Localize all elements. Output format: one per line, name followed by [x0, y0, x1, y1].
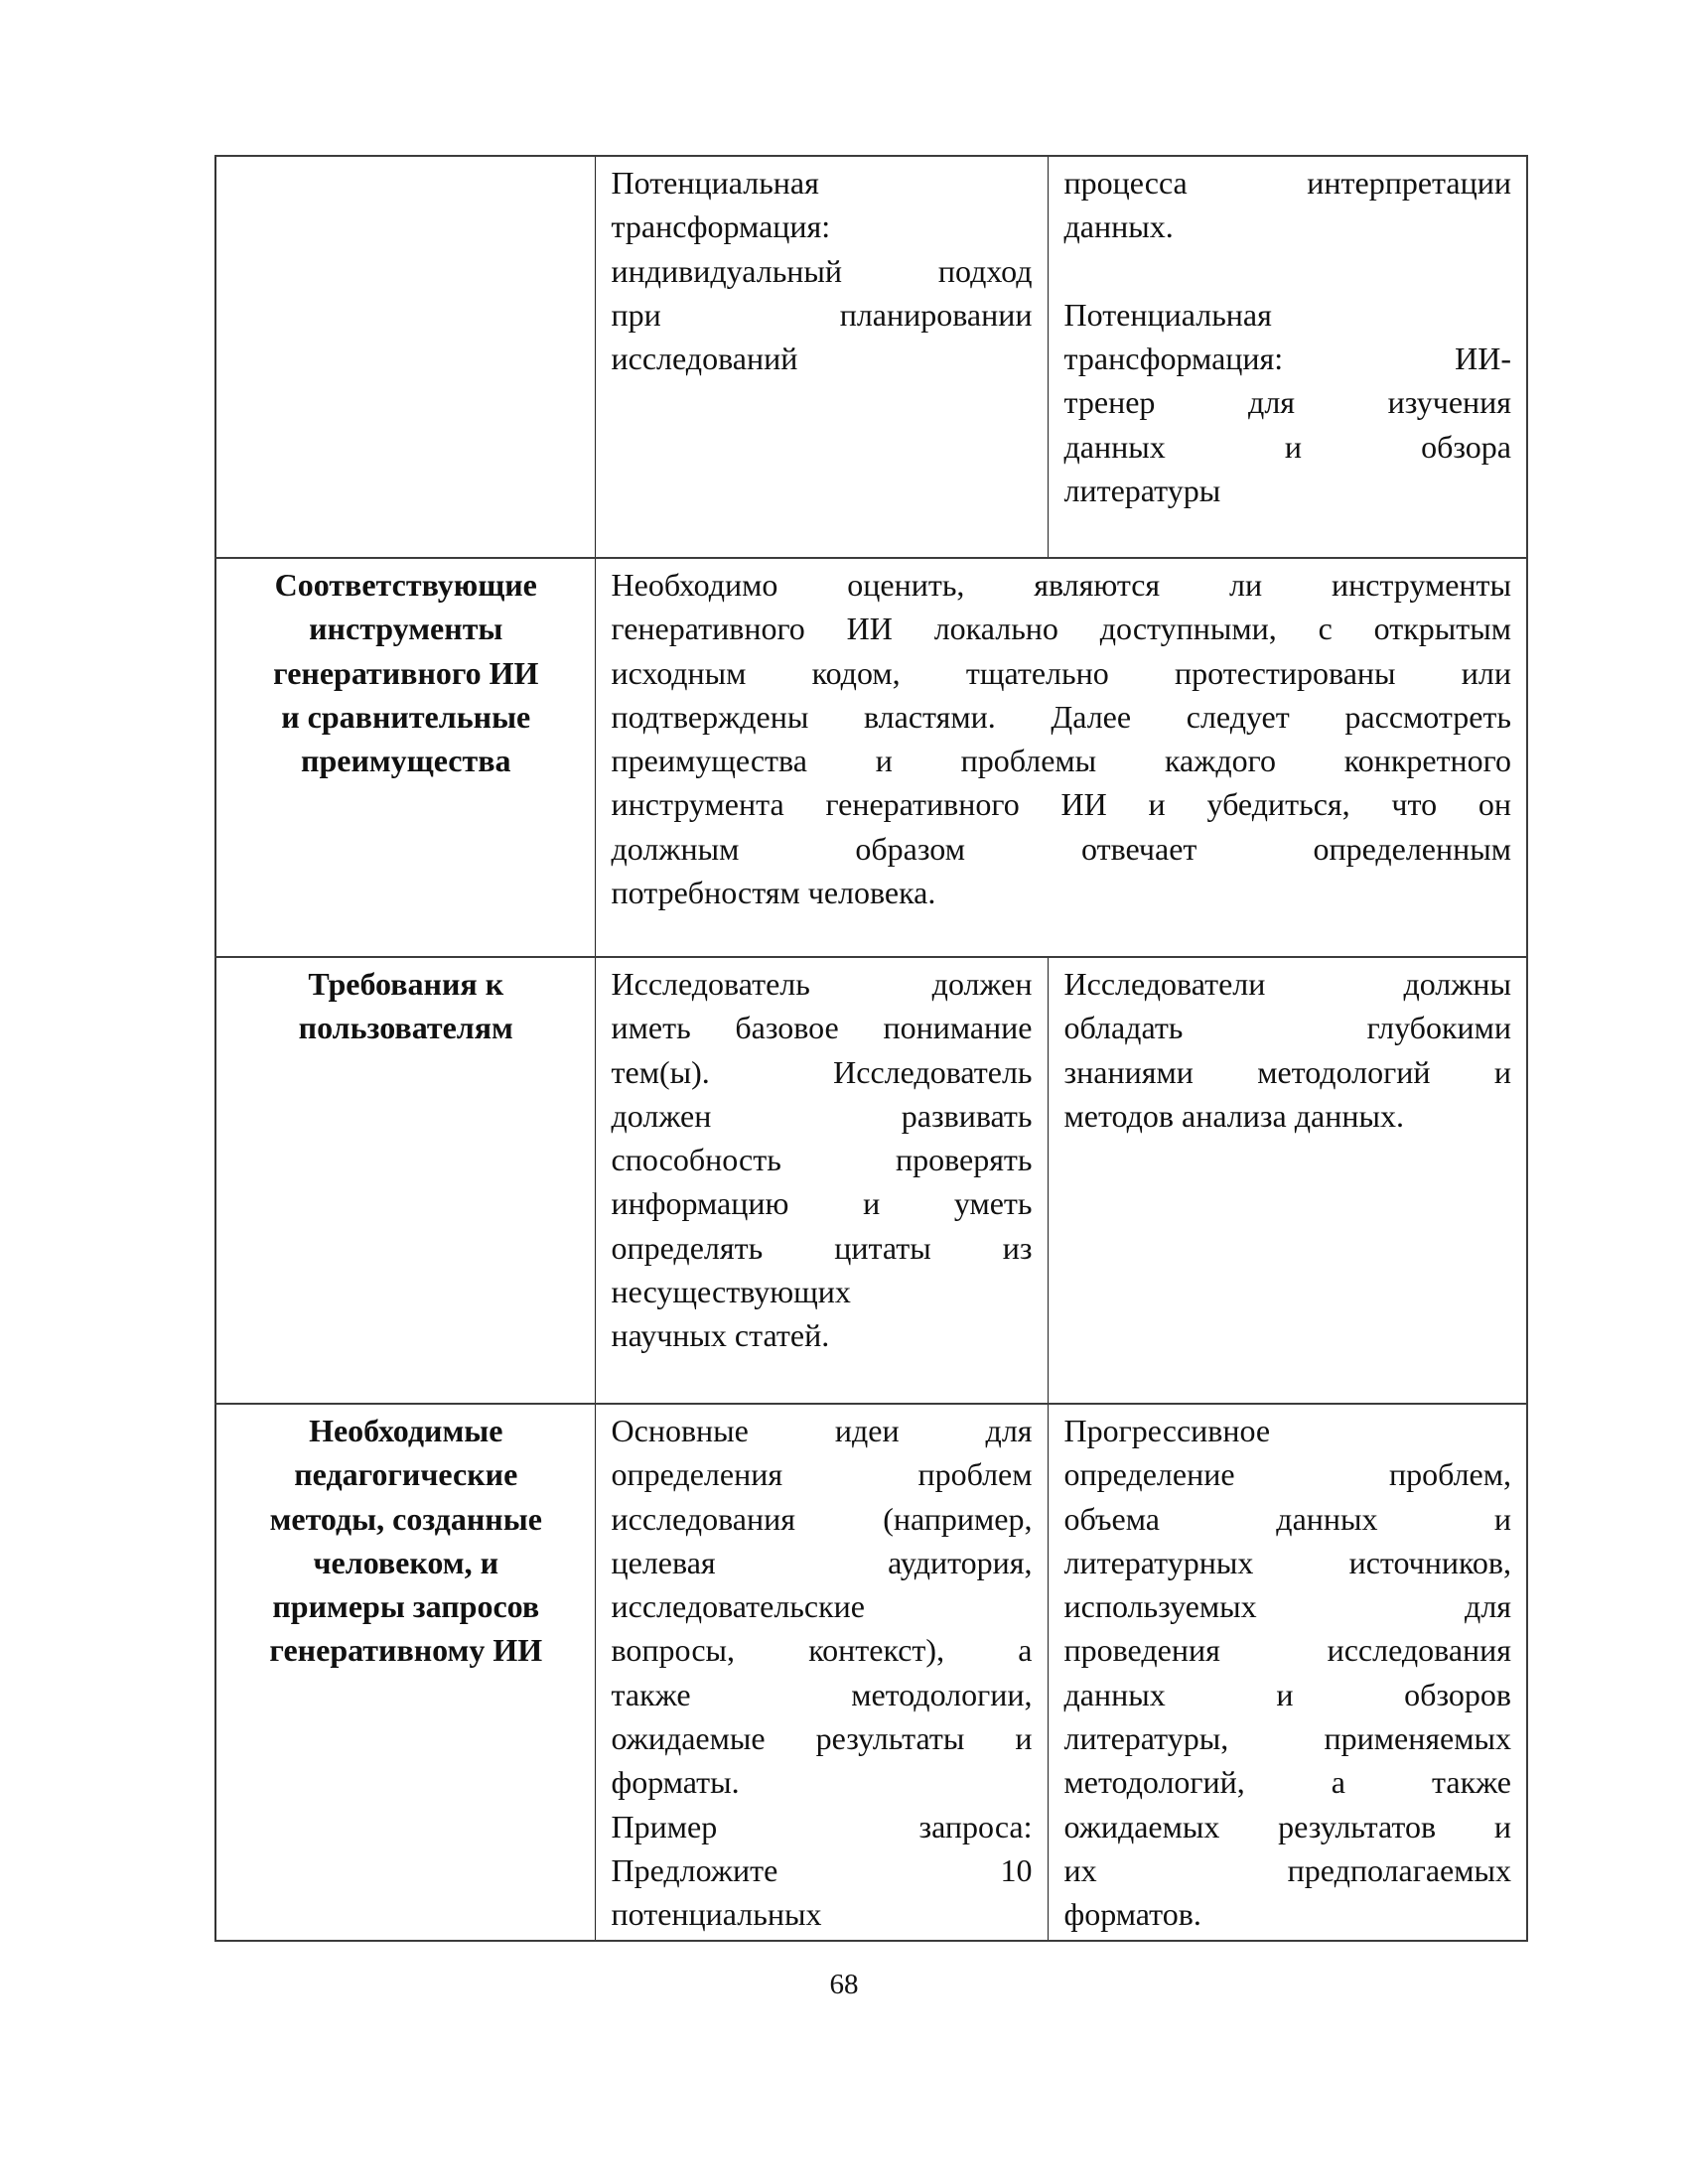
cell-text-line: генеративного ИИ локально доступными, с … [612, 607, 1512, 650]
cell-text-line: способность проверять [612, 1138, 1033, 1181]
row-header-text-line: пользователям [232, 1006, 580, 1049]
cell-text-line: ожидаемые результаты и [612, 1716, 1033, 1760]
row-header-text-line: и сравнительные [232, 695, 580, 739]
cell-text-line: должен развивать [612, 1094, 1033, 1138]
page-number: 68 [0, 1968, 1688, 2001]
cell-text-line: Исследователи должны [1064, 962, 1512, 1006]
cell-text-line: ожидаемых результатов и [1064, 1805, 1512, 1848]
cell-text-line: должным образом отвечает определенным [612, 827, 1512, 871]
cell-text-line: объема данных и [1064, 1497, 1512, 1541]
cell-text-line: Основные идеи для [612, 1409, 1033, 1452]
cell-text-line: Пример запроса: [612, 1805, 1033, 1848]
cell-text-line: тренер для изучения [1064, 380, 1512, 424]
content-table: Потенциальнаятрансформация:индивидуальны… [214, 155, 1528, 1942]
cell-text-line: определение проблем, [1064, 1452, 1512, 1496]
cell-text-line: исследовательские [612, 1584, 1033, 1628]
row-header-text-line: Соответствующие [232, 563, 580, 607]
cell-text-line [1064, 249, 1512, 293]
cell-text-line: данных и обзора [1064, 425, 1512, 469]
cell-text-line: Предложите 10 [612, 1848, 1033, 1892]
table-cell: Потенциальнаятрансформация:индивидуальны… [595, 156, 1048, 558]
cell-text-line: исследования (например, [612, 1497, 1033, 1541]
cell-text-line: Потенциальная [612, 161, 1033, 205]
table-cell: Основные идеи дляопределения проблемиссл… [595, 1404, 1048, 1941]
table-row-row-tools-advantages: Соответствующиеинструментыгенеративного … [215, 558, 1527, 957]
cell-text-line: индивидуальный подход [612, 249, 1033, 293]
cell-text-line: подтверждены властями. Далее следует рас… [612, 695, 1512, 739]
row-header-cell: Необходимыепедагогическиеметоды, созданн… [215, 1404, 595, 1941]
cell-text-line: иметь базовое понимание [612, 1006, 1033, 1049]
cell-text-line: при планировании [612, 293, 1033, 337]
row-header-text-line: методы, созданные [232, 1497, 580, 1541]
cell-text-line: литературы, применяемых [1064, 1716, 1512, 1760]
row-header-text-line: генеративному ИИ [232, 1628, 580, 1672]
cell-text-line: преимущества и проблемы каждого конкретн… [612, 739, 1512, 782]
table-cell: Исследователи должныобладать глубокимизн… [1048, 957, 1527, 1404]
row-header-cell: Соответствующиеинструментыгенеративного … [215, 558, 595, 957]
table-row-row-user-requirements: Требования кпользователямИсследователь д… [215, 957, 1527, 1404]
row-header-text-line: человеком, и [232, 1541, 580, 1584]
cell-text-line: потенциальных [612, 1892, 1033, 1936]
cell-text-line: процесса интерпретации [1064, 161, 1512, 205]
table-cell: процесса интерпретацииданных. Потенциаль… [1048, 156, 1527, 558]
cell-text-line: обладать глубокими [1064, 1006, 1512, 1049]
table-cell: Необходимо оценить, являются ли инструме… [595, 558, 1527, 957]
row-header-text-line: Требования к [232, 962, 580, 1006]
row-header-text-line: примеры запросов [232, 1584, 580, 1628]
cell-text-line: инструмента генеративного ИИ и убедиться… [612, 782, 1512, 826]
row-header-cell [215, 156, 595, 558]
cell-text-line: данных. [1064, 205, 1512, 248]
table-row-row-continuation: Потенциальнаятрансформация:индивидуальны… [215, 156, 1527, 558]
cell-text-line: методологий, а также [1064, 1760, 1512, 1804]
table-cell: Прогрессивноеопределение проблем,объема … [1048, 1404, 1527, 1941]
cell-text-line: их предполагаемых [1064, 1848, 1512, 1892]
row-header-text-line: преимущества [232, 739, 580, 782]
row-header-text-line: педагогические [232, 1452, 580, 1496]
cell-text-line: исследований [612, 337, 1033, 380]
table-row-row-pedagogical-methods: Необходимыепедагогическиеметоды, созданн… [215, 1404, 1527, 1941]
cell-text-line: тем(ы). Исследователь [612, 1050, 1033, 1094]
cell-text-line: Прогрессивное [1064, 1409, 1512, 1452]
cell-text-line: проведения исследования [1064, 1628, 1512, 1672]
cell-text-line: несуществующих [612, 1270, 1033, 1313]
cell-text-line: Необходимо оценить, являются ли инструме… [612, 563, 1512, 607]
row-header-text-line: инструменты [232, 607, 580, 650]
cell-text-line: Исследователь должен [612, 962, 1033, 1006]
cell-text-line: потребностям человека. [612, 871, 1512, 914]
row-header-cell: Требования кпользователям [215, 957, 595, 1404]
cell-text-line: форматы. [612, 1760, 1033, 1804]
cell-text-line: определять цитаты из [612, 1226, 1033, 1270]
cell-text-line: трансформация: ИИ- [1064, 337, 1512, 380]
row-header-text-line: генеративного ИИ [232, 651, 580, 695]
cell-text-line: исходным кодом, тщательно протестированы… [612, 651, 1512, 695]
cell-text-line: целевая аудитория, [612, 1541, 1033, 1584]
row-header-text-line: Необходимые [232, 1409, 580, 1452]
cell-text-line: литературных источников, [1064, 1541, 1512, 1584]
cell-text-line: определения проблем [612, 1452, 1033, 1496]
cell-text-line: научных статей. [612, 1313, 1033, 1357]
cell-text-line: форматов. [1064, 1892, 1512, 1936]
cell-text-line: также методологии, [612, 1673, 1033, 1716]
cell-text-line: данных и обзоров [1064, 1673, 1512, 1716]
cell-text-line: Потенциальная [1064, 293, 1512, 337]
cell-text-line: трансформация: [612, 205, 1033, 248]
cell-text-line: используемых для [1064, 1584, 1512, 1628]
cell-text-line: методов анализа данных. [1064, 1094, 1512, 1138]
table-cell: Исследователь должениметь базовое понима… [595, 957, 1048, 1404]
cell-text-line: вопросы, контекст), а [612, 1628, 1033, 1672]
cell-text-line: литературы [1064, 469, 1512, 512]
cell-text-line: знаниями методологий и [1064, 1050, 1512, 1094]
cell-text-line: информацию и уметь [612, 1181, 1033, 1225]
